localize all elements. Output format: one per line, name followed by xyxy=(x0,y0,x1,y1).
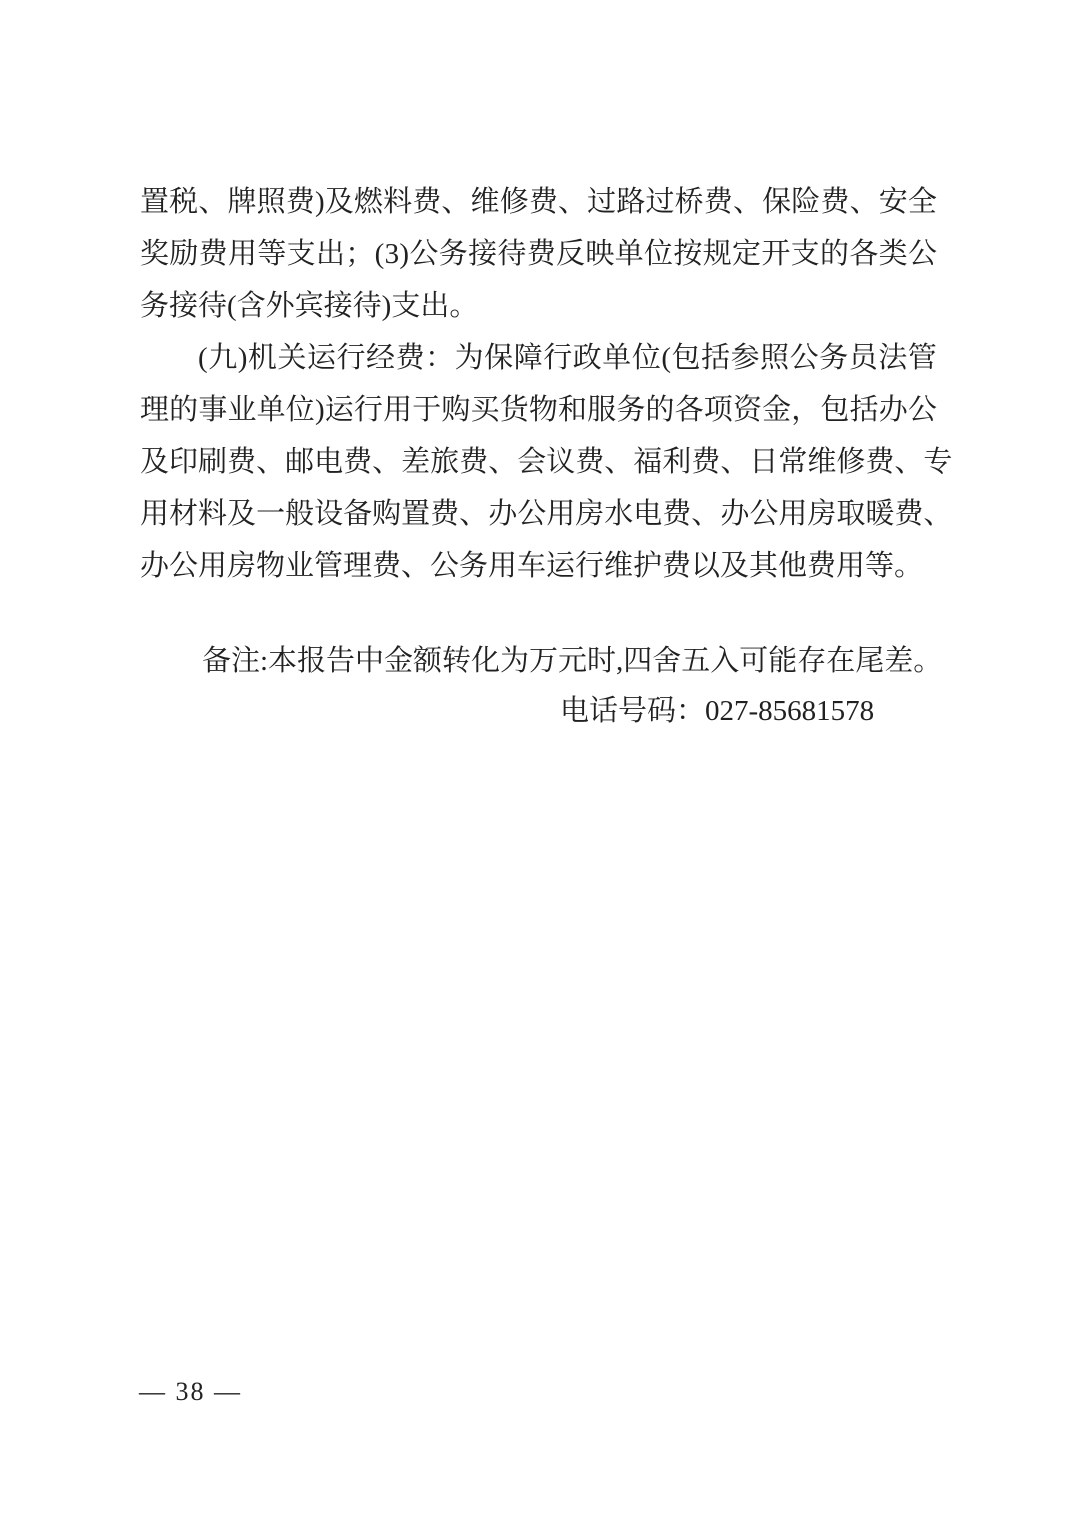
body-line-2: 奖励费用等支出；(3)公务接待费反映单位按规定开支的各类公 xyxy=(140,228,937,280)
body-text: 置税、牌照费)及燃料费、维修费、过路过桥费、保险费、安全 奖励费用等支出；(3)… xyxy=(140,176,937,592)
page-number: — 38 — xyxy=(139,1372,242,1412)
phone-number: 027-85681578 xyxy=(705,695,874,727)
body-line-3: 务接待(含外宾接待)支出。 xyxy=(140,280,937,332)
body-line-7: 用材料及一般设备购置费、办公用房水电费、办公用房取暖费、 xyxy=(140,488,937,540)
phone-line: 电话号码：027-85681578 xyxy=(560,685,874,737)
document-page: 置税、牌照费)及燃料费、维修费、过路过桥费、保险费、安全 奖励费用等支出；(3)… xyxy=(0,0,1074,1520)
note-line: 备注:本报告中金额转化为万元时,四舍五入可能存在尾差。 xyxy=(202,635,942,687)
body-line-1: 置税、牌照费)及燃料费、维修费、过路过桥费、保险费、安全 xyxy=(140,176,937,228)
phone-label: 电话号码： xyxy=(560,695,705,727)
body-line-6: 及印刷费、邮电费、差旅费、会议费、福利费、日常维修费、专 xyxy=(140,436,937,488)
body-line-5: 理的事业单位)运行用于购买货物和服务的各项资金，包括办公 xyxy=(140,384,937,436)
body-line-8: 办公用房物业管理费、公务用车运行维护费以及其他费用等。 xyxy=(140,540,937,592)
body-line-4-paragraph-start: (九)机关运行经费：为保障行政单位(包括参照公务员法管 xyxy=(140,332,937,384)
